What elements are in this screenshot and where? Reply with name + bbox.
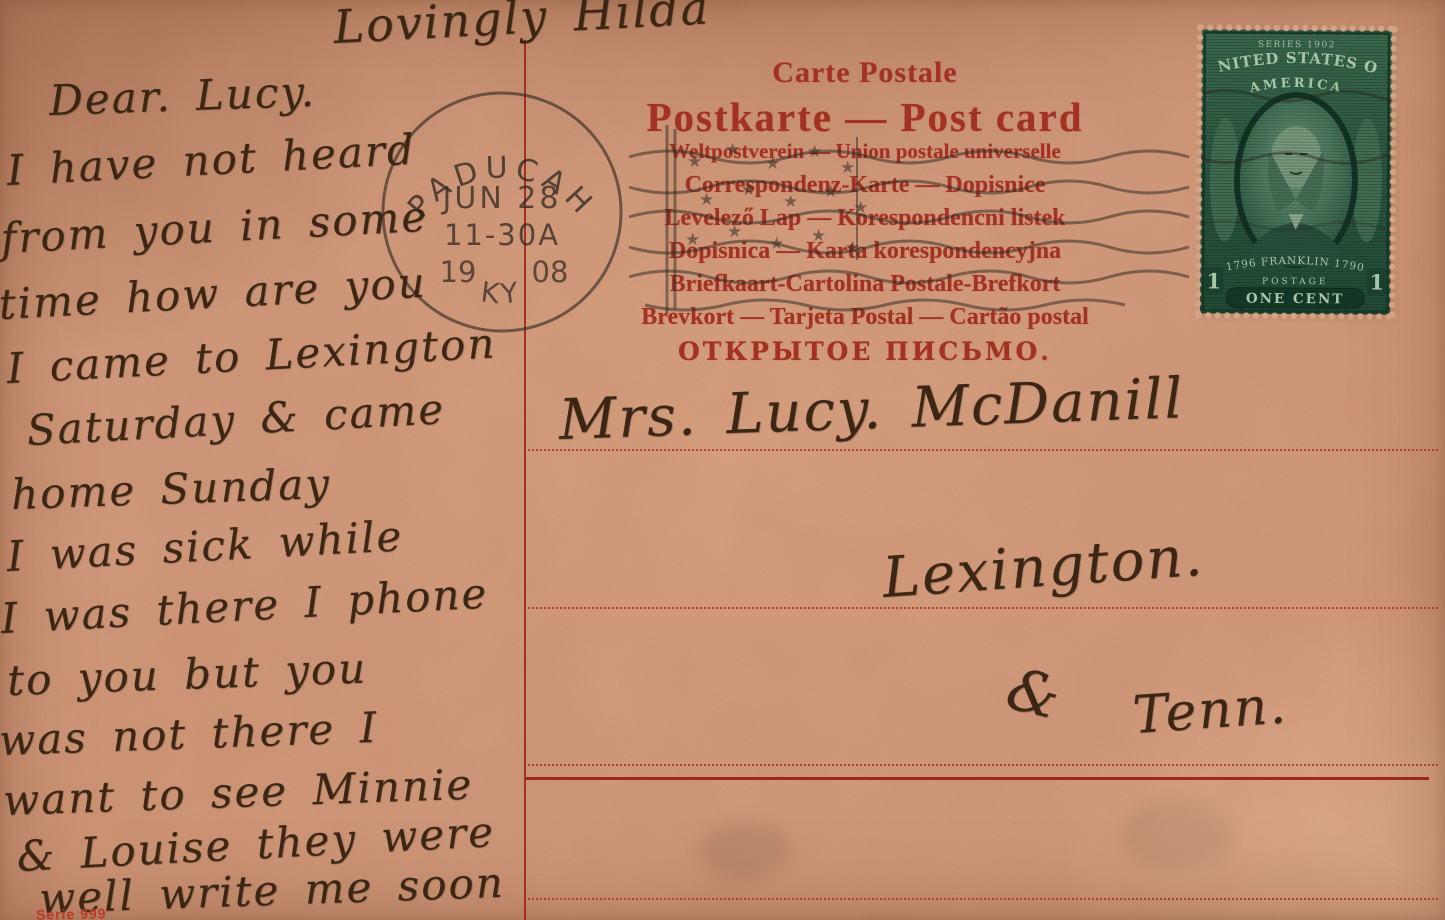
svg-text:★: ★ (685, 230, 700, 250)
address-name: Mrs. Lucy. McDanill (558, 366, 1186, 453)
svg-text:★: ★ (765, 154, 780, 174)
stamp-value: ONE CENT (1246, 291, 1345, 308)
svg-text:★: ★ (811, 226, 826, 246)
address-city: Lexington. (880, 524, 1206, 611)
stamp-perforation-right (1386, 25, 1397, 321)
message-line: home Sunday (10, 459, 331, 519)
address-flourish: & (1000, 654, 1068, 733)
printer-imprint: Serie 999 (36, 905, 107, 920)
svg-text:★: ★ (699, 190, 714, 210)
address-dotted-line-2 (528, 607, 1438, 609)
svg-text:★: ★ (845, 238, 860, 258)
address-dotted-line-3 (528, 764, 1438, 766)
message-line: was not there I (0, 703, 379, 765)
svg-text:★: ★ (725, 140, 740, 160)
message-line: Saturday & came (25, 384, 446, 455)
svg-text:★: ★ (783, 192, 798, 212)
postmark-year-left: 19 (440, 255, 477, 289)
postmark-date: JUN 28 (441, 181, 562, 216)
paper-smudge (700, 820, 790, 880)
message-line: Dear. Lucy. (48, 67, 316, 125)
message-line: I was sick while (5, 511, 404, 581)
svg-text:★: ★ (741, 180, 756, 200)
address-solid-line (526, 777, 1429, 780)
paper-smudge (1120, 800, 1230, 870)
stamp-series-label: SERIES 1902 (1258, 40, 1336, 51)
message-line: to you but you (6, 643, 368, 705)
stamp-perforation-top (1196, 24, 1398, 34)
stamp-postage-label: POSTAGE (1262, 277, 1328, 287)
message-line: I have not heard (5, 125, 416, 195)
stamp-numeral-right: 1 (1369, 270, 1384, 295)
address-state: Tenn. (1131, 675, 1290, 746)
svg-text:KY: KY (479, 275, 525, 311)
flag-cancellation: ★★★ ★★ ★★★ ★★ ★★★ ★★ (615, 95, 1255, 335)
handwritten-signature: Lovingly Hilda (332, 0, 711, 54)
message-line: I came to Lexington (5, 318, 497, 393)
cancel-wavy-lines (629, 151, 1189, 310)
address-dotted-line-4 (528, 898, 1438, 900)
postmark-year-right: 08 (532, 255, 569, 289)
message-line: I was there I phone (0, 569, 489, 643)
postmark-state: KY (479, 275, 525, 311)
postcard-back: Carte Postale Postkarte — Post card Welt… (0, 0, 1445, 920)
svg-text:★: ★ (727, 222, 742, 242)
svg-text:★: ★ (840, 158, 855, 178)
postmark-time: 11-30A (444, 218, 560, 252)
